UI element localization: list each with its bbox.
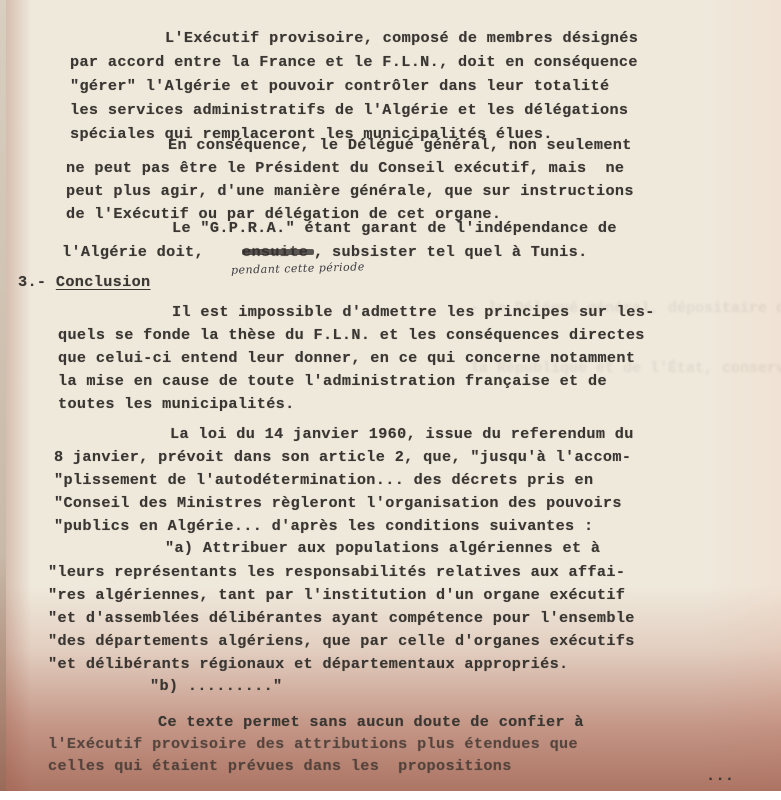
page-edge [0,0,6,791]
text-line: "et d'assemblées délibérantes ayant comp… [48,608,635,628]
text-line: La loi du 14 janvier 1960, issue du refe… [170,424,634,444]
text-line: ne peut pas être le Président du Conseil… [66,158,624,178]
text-line: toutes les municipalités. [58,394,295,414]
text-line: "des départements algériens, que par cel… [48,631,635,651]
handwritten-annotation: pendant cette période [231,260,365,276]
text-line: "b) ........." [150,676,283,696]
text-line: "publics en Algérie... d'après les condi… [54,516,593,536]
text-line: que celui-ci entend leur donner, en ce q… [58,348,635,368]
text-line: l'Exécutif provisoire des attributions p… [48,734,578,754]
text-line: celles qui étaient prévues dans les prop… [48,756,512,776]
document-photo: - le Délégué général, dépositaire des po… [0,0,781,791]
text-line: "a) Attribuer aux populations algérienne… [165,538,600,558]
continuation-mark: ... [706,766,734,786]
text-line: Il est impossible d'admettre les princip… [172,302,655,322]
text-line: , [314,242,333,262]
text-line: 8 janvier, prévoit dans son article 2, q… [54,447,631,467]
text-line: les services administratifs de l'Algérie… [70,100,628,120]
text-line: "et délibérants régionaux et département… [48,654,569,674]
text-line: En conséquence, le Délégué général, non … [168,135,632,155]
text-line: "gérer" l'Algérie et pouvoir contrôler d… [70,76,609,96]
text-line: "plissement de l'autodétermination... de… [54,470,593,490]
text-line: quels se fonde la thèse du F.L.N. et les… [58,325,645,345]
text-line: Ce texte permet sans aucun doute de conf… [158,712,584,732]
text-line: peut plus agir, d'une manière générale, … [66,181,634,201]
text-line: L'Exécutif provisoire, composé de membre… [165,28,638,48]
text-line: subsister tel quel à Tunis. [332,242,588,262]
section-title: Conclusion [56,273,151,291]
text-line: "Conseil des Ministres règleront l'organ… [54,493,622,513]
text-line: "leurs représentants les responsabilités… [48,562,625,582]
section-number: 3.- [18,273,46,291]
text-line: la mise en cause de toute l'administrati… [58,371,607,391]
text-line: Le "G.P.R.A." étant garant de l'indépend… [172,218,617,238]
text-line: l'Algérie doit, [62,242,204,262]
text-line: "res algériennes, tant par l'institution… [48,585,625,605]
section-heading: 3.- Conclusion [18,272,151,292]
text-line: par accord entre la France et le F.L.N.,… [70,52,638,72]
strikethrough-mark [242,249,314,255]
